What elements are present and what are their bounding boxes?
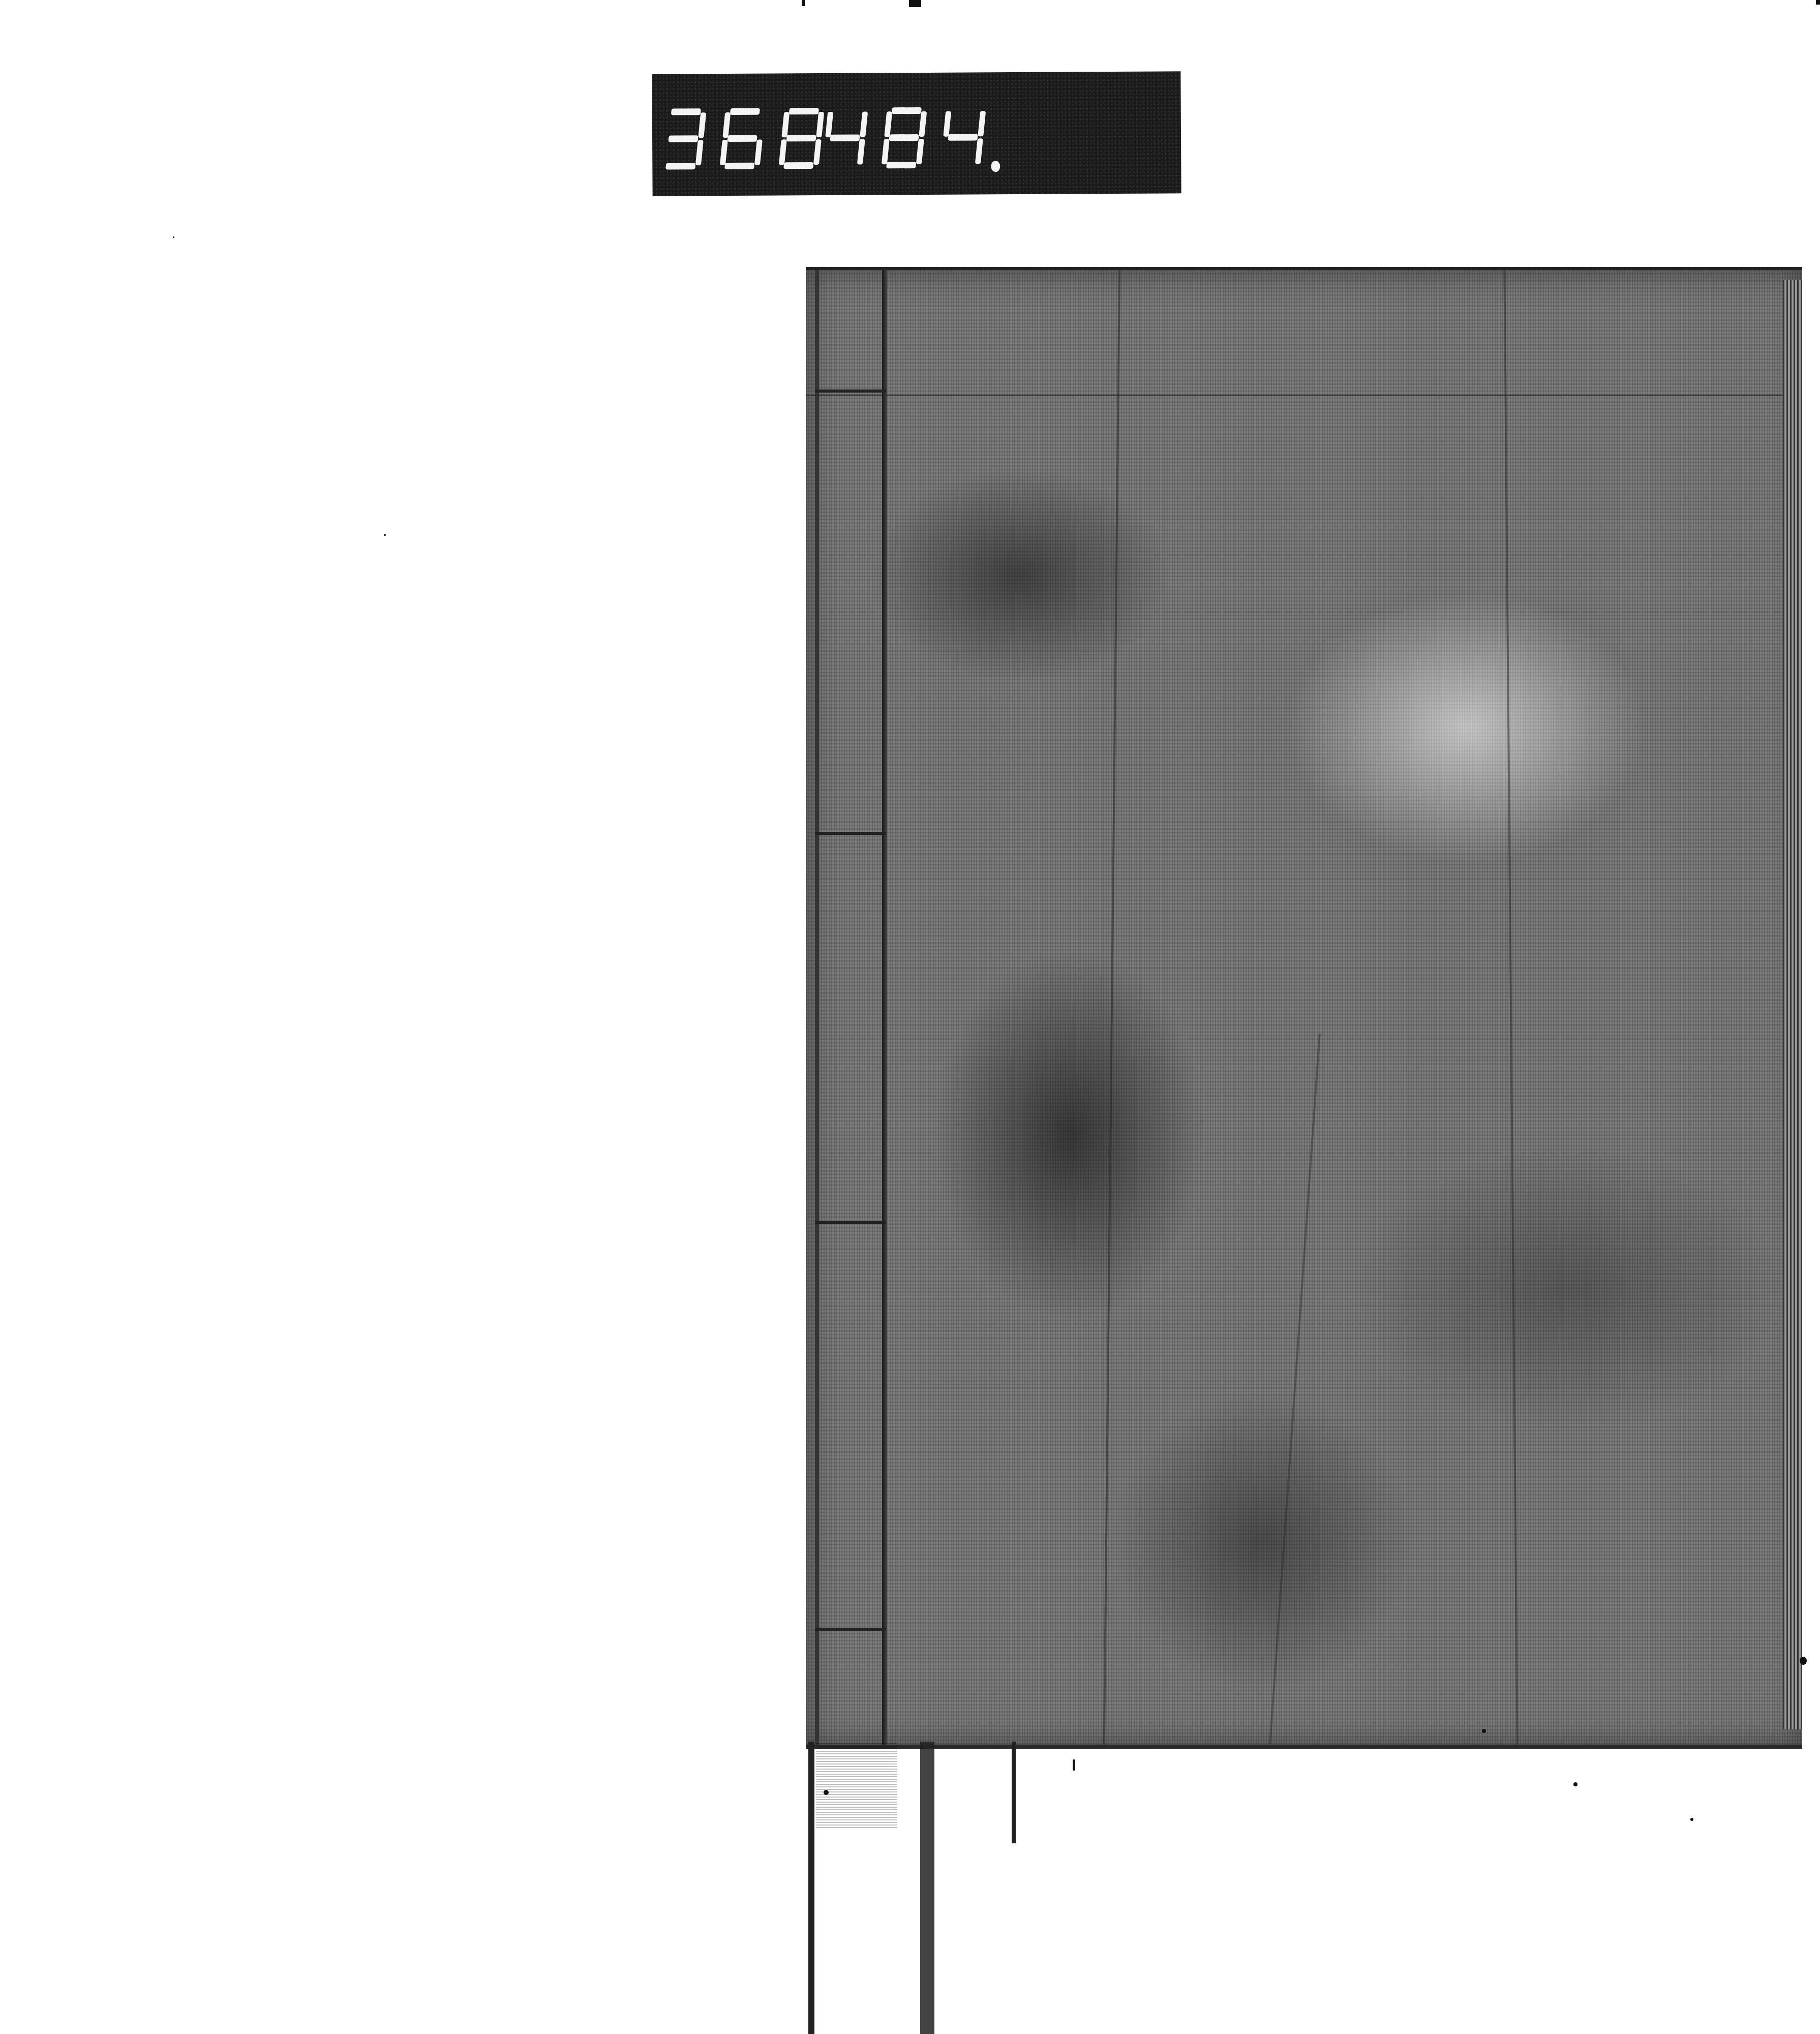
binding-stitch (815, 832, 886, 835)
segment-digit-6 (719, 108, 767, 169)
dust-speck (384, 534, 386, 536)
segment-digit-8 (778, 108, 826, 169)
cover-crease (1503, 270, 1518, 1745)
cover-crease (1269, 1034, 1321, 1744)
call-number-label: 368 484. (652, 71, 1181, 196)
call-number-left-group (663, 108, 824, 170)
segment-digit-4 (822, 107, 870, 168)
call-number-text: 368 484. (652, 135, 653, 135)
support-edge (808, 1742, 814, 2034)
dust-speck (1482, 1729, 1486, 1733)
support-edge (920, 1742, 934, 2034)
dust-speck (1800, 1657, 1807, 1665)
top-edge-mark (802, 0, 805, 6)
binding-stitch (815, 1221, 886, 1224)
call-number-right-group (825, 107, 1000, 169)
dust-speck (824, 1790, 829, 1795)
segment-digit-3 (660, 108, 708, 169)
scanned-page: 368 484. (0, 0, 1820, 2034)
top-edge-mark (909, 0, 921, 7)
support-edge (1012, 1742, 1016, 1843)
dust-speck (1073, 1759, 1075, 1771)
scan-artifact-line (806, 395, 1802, 396)
segment-dot (991, 161, 1000, 172)
spine-fold-line (882, 270, 887, 1745)
page-block-edge (1783, 280, 1802, 1729)
top-edge-mark (1816, 0, 1820, 5)
binding-stitch (815, 390, 886, 393)
spine-edge (815, 270, 819, 1745)
page-shadow (816, 1742, 897, 1828)
cover-crease (1103, 270, 1120, 1745)
book-cover (806, 267, 1802, 1749)
binding-stitch (815, 1628, 886, 1631)
dust-speck (1690, 1818, 1693, 1821)
dust-speck (1573, 1782, 1578, 1786)
segment-digit-8 (881, 107, 929, 168)
segment-digit-4 (940, 107, 988, 168)
dust-speck (173, 236, 174, 238)
